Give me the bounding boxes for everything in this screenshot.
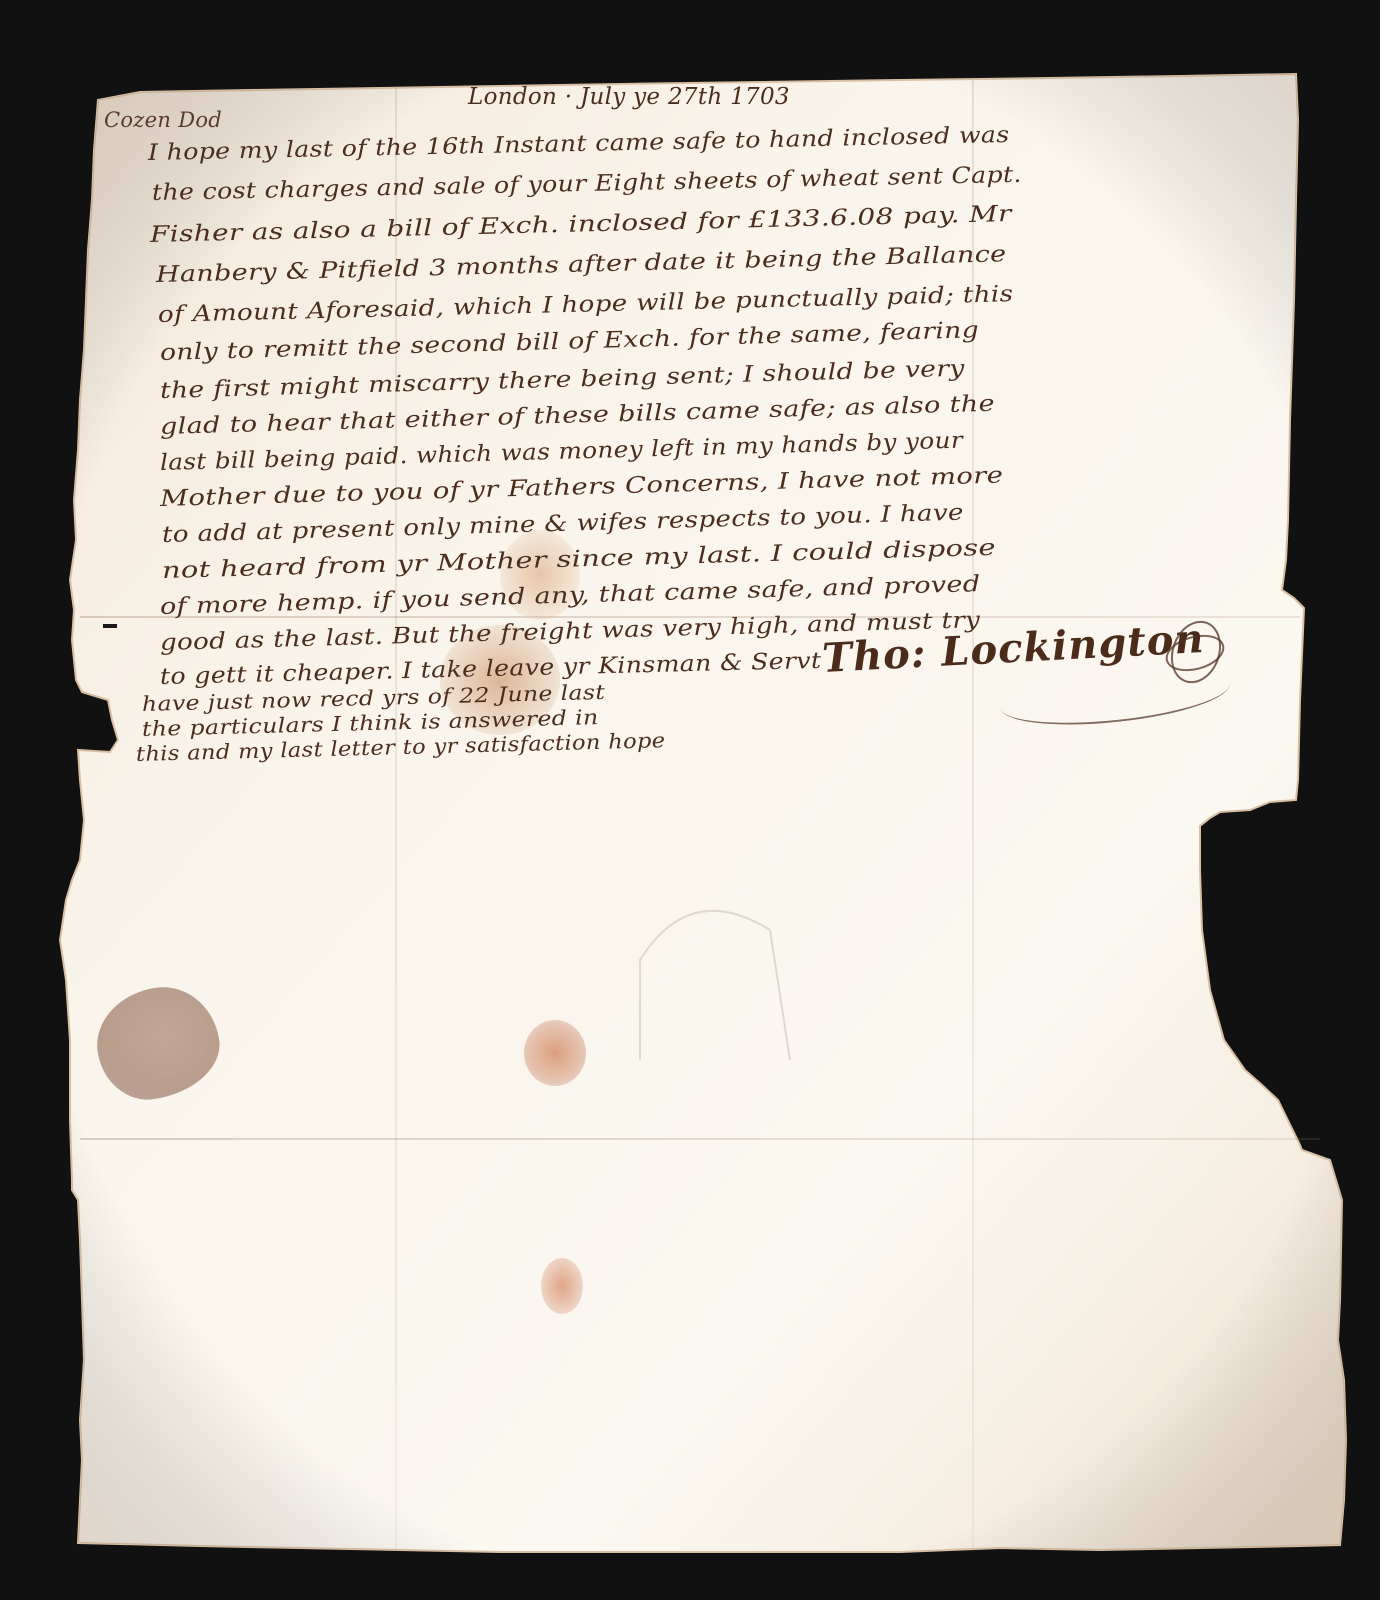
margin-ink-mark: [103, 624, 117, 628]
place-date-line: London · July ye 27th 1703: [468, 84, 790, 110]
salutation: Cozen Dod: [104, 108, 222, 132]
